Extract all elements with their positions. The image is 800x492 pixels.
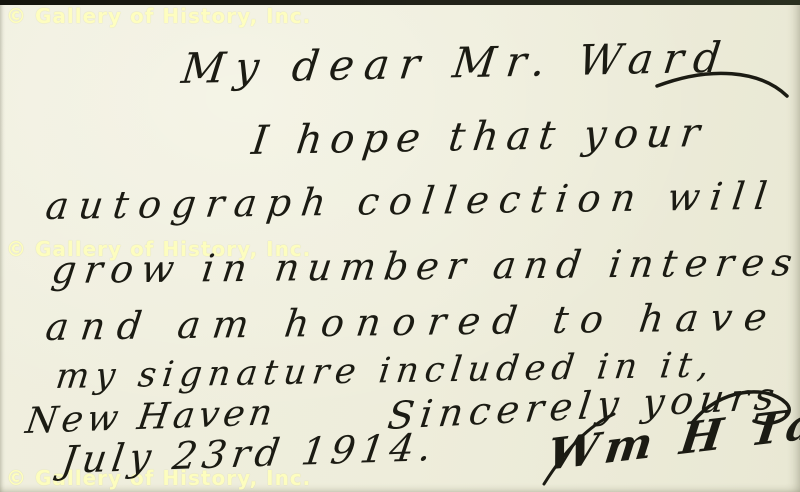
body-line-3: grow in number and interest <box>49 240 800 292</box>
body-line-4: and am honored to have <box>43 295 781 349</box>
watermark-top: © Gallery of History, Inc. <box>6 4 311 28</box>
salutation-line: My dear Mr. Ward <box>179 33 733 93</box>
scan-top-edge <box>0 0 800 5</box>
letter-scan: © Gallery of History, Inc. © Gallery of … <box>0 0 800 492</box>
body-line-1: I hope that your <box>249 110 710 164</box>
body-line-2: autograph collection will <box>43 174 779 228</box>
